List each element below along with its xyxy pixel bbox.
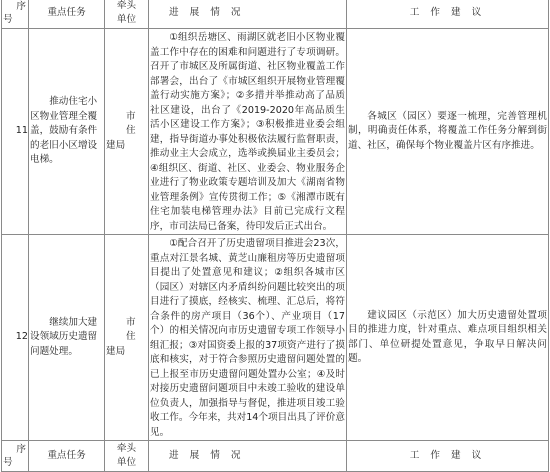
row-lead-unit-line1: 市 住 [106, 110, 147, 139]
header-serial-bottom: 号 [3, 13, 13, 28]
work-progress-table: 序 号 重点任务 牵头 单位 进 展 情 况 工 作 建 议 11 推动住宅小区… [1, 0, 549, 438]
table-header-row: 序 号 重点任务 牵头 单位 进 展 情 况 工 作 建 议 [2, 0, 549, 29]
header-lead-unit-line2: 单位 [117, 14, 136, 25]
row-advice: 各城区（园区）要逐一梳理，完善管理机制，明确责任体系，将覆盖工作任务分解到街道、… [347, 29, 549, 235]
header-progress: 进 展 情 况 [149, 0, 347, 29]
header-lead-unit-line1: 牵头 [117, 0, 136, 11]
row-progress: ①组织岳塘区、雨湖区就老旧小区物业覆盖工作中存在的困难和问题进行了专项调研。召开… [149, 29, 347, 235]
row-key-task: 继续加大建设领域历史遗留问题处理。 [29, 235, 105, 439]
table-row: 11 推动住宅小区物业管理全覆盖，鼓励有条件的老旧小区增设电梯。 市 住 建局 … [2, 29, 549, 235]
row-lead-unit: 市 住 建局 [105, 235, 149, 439]
row-progress: ①配合召开了历史遗留项目推进会23次，重点对江景名城、黄芝山廉租房等历史遗留项目… [149, 235, 347, 439]
header-serial-number: 序 号 [2, 0, 29, 29]
header-advice: 工 作 建 议 [347, 0, 549, 29]
row-lead-unit-line2: 建局 [106, 346, 125, 357]
table-row: 12 继续加大建设领域历史遗留问题处理。 市 住 建局 ①配合召开了历史遗留项目… [2, 235, 549, 439]
row-lead-unit-line1: 市 住 [106, 316, 147, 345]
header-lead-unit: 牵头 单位 [105, 0, 149, 29]
header-key-task: 重点任务 [29, 0, 105, 29]
header-serial-top: 序 [16, 0, 26, 15]
row-serial-number: 12 [2, 235, 29, 439]
row-advice: 建议园区（示范区）加大历史遗留处置项目的推进力度，针对重点、难点项目组织相关部门… [347, 235, 549, 439]
row-lead-unit-line2: 建局 [106, 140, 125, 151]
row-lead-unit: 市 住 建局 [105, 29, 149, 235]
row-serial-number: 11 [2, 29, 29, 235]
row-key-task: 推动住宅小区物业管理全覆盖，鼓励有条件的老旧小区增设电梯。 [29, 29, 105, 235]
